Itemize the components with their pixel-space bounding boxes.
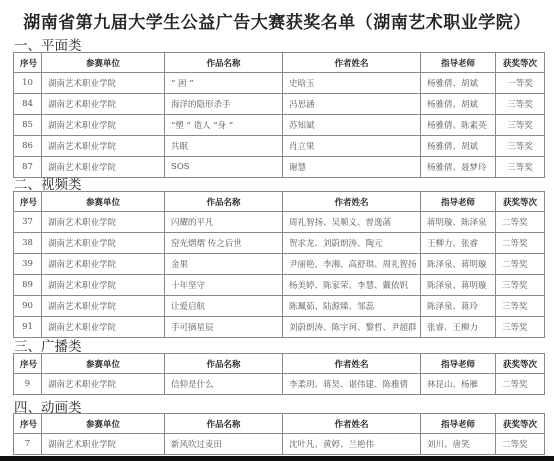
cell-authors: 谢慧 (283, 157, 421, 178)
cell-work: 窑光熠熠 传之后世 (165, 233, 283, 254)
cell-advisors: 蒋明璇、陈泽泉 (421, 212, 496, 233)
cell-award: 二等奖 (496, 212, 545, 233)
table-row: 85 湖南艺术职业学院 “塑 ” 造人 “身 ” 苏知斌 杨雅倩、陈素英 三等奖 (14, 115, 545, 136)
cell-authors: 苏知斌 (283, 115, 421, 136)
cell-authors: 冯思涵 (283, 94, 421, 115)
cell-work: 让爱启航 (165, 296, 283, 317)
cell-advisors: 杨雅倩、胡斌 (421, 94, 496, 115)
cell-authors: 李柔玥、蒋昊、谌伟建、陈雅倩 (283, 374, 421, 395)
cell-advisors: 陈泽泉、蒋玲 (421, 296, 496, 317)
header-authors: 作者姓名 (283, 192, 421, 212)
awards-table-animation: 序号 参赛单位 作品名称 作者姓名 指导老师 获奖等次 7 湖南艺术职业学院 新… (13, 413, 545, 455)
cell-authors: 杨美婷、陈家荣、李慧、戴依钒 (283, 275, 421, 296)
table-row: 89 湖南艺术职业学院 十年坚守 杨美婷、陈家荣、李慧、戴依钒 陈泽泉、蒋明璇 … (14, 275, 545, 296)
cell-unit: 湖南艺术职业学院 (42, 434, 165, 455)
cell-advisors: 王柳力、张睿 (421, 233, 496, 254)
cell-award: 三等奖 (496, 296, 545, 317)
header-work: 作品名称 (165, 354, 283, 374)
cell-no: 86 (14, 136, 42, 157)
cell-advisors: 林昆山、杨雁 (421, 374, 496, 395)
cell-work: SOS (165, 157, 283, 178)
section-title-radio: 三、广播类 (14, 335, 82, 355)
section-title-video: 二、视频类 (14, 173, 82, 193)
table-row: 9 湖南艺术职业学院 信仰是什么 李柔玥、蒋昊、谌伟建、陈雅倩 林昆山、杨雁 二… (14, 374, 545, 395)
table-row: 86 湖南艺术职业学院 共眠 肖立果 杨雅倩、胡斌 三等奖 (14, 136, 545, 157)
cell-no: 89 (14, 275, 42, 296)
cell-authors: 史晗玉 (283, 73, 421, 94)
cell-no: 9 (14, 374, 42, 395)
header-award: 获奖等次 (496, 354, 545, 374)
cell-work: 共眠 (165, 136, 283, 157)
cell-no: 37 (14, 212, 42, 233)
document-title: 湖南省第九届大学生公益广告大赛获奖名单（湖南艺术职业学院） (0, 8, 554, 33)
cell-work: 十年坚守 (165, 275, 283, 296)
cell-unit: 湖南艺术职业学院 (42, 296, 165, 317)
cell-unit: 湖南艺术职业学院 (42, 374, 165, 395)
cell-work: 金果 (165, 254, 283, 275)
header-advisors: 指导老师 (421, 354, 496, 374)
table-header-row: 序号 参赛单位 作品名称 作者姓名 指导老师 获奖等次 (14, 53, 545, 73)
cell-no: 84 (14, 94, 42, 115)
header-unit: 参赛单位 (42, 192, 165, 212)
cell-award: 二等奖 (496, 254, 545, 275)
header-no: 序号 (14, 414, 42, 434)
header-no: 序号 (14, 192, 42, 212)
cell-unit: 湖南艺术职业学院 (42, 94, 165, 115)
header-authors: 作者姓名 (283, 354, 421, 374)
cell-unit: 湖南艺术职业学院 (42, 73, 165, 94)
cell-unit: 湖南艺术职业学院 (42, 275, 165, 296)
cell-award: 二等奖 (496, 233, 545, 254)
table-row: 10 湖南艺术职业学院 “ 困 ” 史晗玉 杨雅倩、胡斌 一等奖 (14, 73, 545, 94)
header-no: 序号 (14, 53, 42, 73)
cell-award: 三等奖 (496, 94, 545, 115)
header-advisors: 指导老师 (421, 414, 496, 434)
cell-advisors: 刘川、唐笑 (421, 434, 496, 455)
header-work: 作品名称 (165, 414, 283, 434)
header-award: 获奖等次 (496, 414, 545, 434)
cell-advisors: 陈泽泉、蒋明璇 (421, 275, 496, 296)
cell-advisors: 杨雅倩、胡斌 (421, 136, 496, 157)
cell-work: “塑 ” 造人 “身 ” (165, 115, 283, 136)
cell-work: 海洋的隐形杀手 (165, 94, 283, 115)
cell-work: “ 困 ” (165, 73, 283, 94)
awards-table-print: 序号 参赛单位 作品名称 作者姓名 指导老师 获奖等次 10 湖南艺术职业学院 … (13, 52, 545, 178)
cell-award: 三等奖 (496, 317, 545, 338)
table-row: 91 湖南艺术职业学院 手可摘星辰 刘蔚朗涛、陈宇珂、黎哲、尹超群 张睿、王柳力… (14, 317, 545, 338)
table-row: 90 湖南艺术职业学院 让爱启航 陈珮茹、陆源臻、邹蕊 陈泽泉、蒋玲 三等奖 (14, 296, 545, 317)
cell-authors: 陈珮茹、陆源臻、邹蕊 (283, 296, 421, 317)
table-row: 7 湖南艺术职业学院 新风吹过麦田 沈叶凡、黄婷、兰艳伟 刘川、唐笑 二等奖 (14, 434, 545, 455)
cell-award: 二等奖 (496, 434, 545, 455)
cell-no: 10 (14, 73, 42, 94)
cell-authors: 尹丽艳、李湘、高舒琪、周礼智扬 (283, 254, 421, 275)
bottom-edge-bar (0, 456, 554, 461)
header-unit: 参赛单位 (42, 53, 165, 73)
cell-work: 新风吹过麦田 (165, 434, 283, 455)
cell-award: 三等奖 (496, 157, 545, 178)
cell-work: 闪耀的平凡 (165, 212, 283, 233)
cell-no: 39 (14, 254, 42, 275)
table-row: 39 湖南艺术职业学院 金果 尹丽艳、李湘、高舒琪、周礼智扬 陈泽泉、蒋明璇 二… (14, 254, 545, 275)
cell-advisors: 张睿、王柳力 (421, 317, 496, 338)
cell-advisors: 杨雅倩、陈素英 (421, 115, 496, 136)
header-unit: 参赛单位 (42, 414, 165, 434)
table-row: 37 湖南艺术职业学院 闪耀的平凡 周礼智扬、吴顺义、曾逸菡 蒋明璇、陈泽泉 二… (14, 212, 545, 233)
awards-table-radio: 序号 参赛单位 作品名称 作者姓名 指导老师 获奖等次 9 湖南艺术职业学院 信… (13, 353, 545, 395)
header-no: 序号 (14, 354, 42, 374)
header-advisors: 指导老师 (421, 53, 496, 73)
cell-authors: 沈叶凡、黄婷、兰艳伟 (283, 434, 421, 455)
table-header-row: 序号 参赛单位 作品名称 作者姓名 指导老师 获奖等次 (14, 354, 545, 374)
cell-no: 90 (14, 296, 42, 317)
cell-authors: 刘蔚朗涛、陈宇珂、黎哲、尹超群 (283, 317, 421, 338)
header-advisors: 指导老师 (421, 192, 496, 212)
cell-unit: 湖南艺术职业学院 (42, 254, 165, 275)
cell-advisors: 杨雅倩、聂梦玲 (421, 157, 496, 178)
header-authors: 作者姓名 (283, 414, 421, 434)
cell-authors: 周礼智扬、吴顺义、曾逸菡 (283, 212, 421, 233)
cell-award: 三等奖 (496, 115, 545, 136)
cell-unit: 湖南艺术职业学院 (42, 212, 165, 233)
cell-no: 7 (14, 434, 42, 455)
section-title-print: 一、平面类 (14, 34, 82, 54)
cell-authors: 肖立果 (283, 136, 421, 157)
cell-advisors: 陈泽泉、蒋明璇 (421, 254, 496, 275)
table-row: 84 湖南艺术职业学院 海洋的隐形杀手 冯思涵 杨雅倩、胡斌 三等奖 (14, 94, 545, 115)
cell-award: 二等奖 (496, 374, 545, 395)
cell-unit: 湖南艺术职业学院 (42, 115, 165, 136)
table-row: 87 湖南艺术职业学院 SOS 谢慧 杨雅倩、聂梦玲 三等奖 (14, 157, 545, 178)
header-award: 获奖等次 (496, 53, 545, 73)
table-header-row: 序号 参赛单位 作品名称 作者姓名 指导老师 获奖等次 (14, 414, 545, 434)
cell-advisors: 杨雅倩、胡斌 (421, 73, 496, 94)
header-authors: 作者姓名 (283, 53, 421, 73)
header-unit: 参赛单位 (42, 354, 165, 374)
header-work: 作品名称 (165, 53, 283, 73)
table-row: 38 湖南艺术职业学院 窑光熠熠 传之后世 贺求龙、刘蔚朗涛、陶元 王柳力、张睿… (14, 233, 545, 254)
header-work: 作品名称 (165, 192, 283, 212)
cell-award: 三等奖 (496, 136, 545, 157)
cell-no: 38 (14, 233, 42, 254)
cell-unit: 湖南艺术职业学院 (42, 136, 165, 157)
cell-work: 信仰是什么 (165, 374, 283, 395)
cell-no: 85 (14, 115, 42, 136)
cell-work: 手可摘星辰 (165, 317, 283, 338)
cell-unit: 湖南艺术职业学院 (42, 233, 165, 254)
cell-authors: 贺求龙、刘蔚朗涛、陶元 (283, 233, 421, 254)
header-award: 获奖等次 (496, 192, 545, 212)
table-header-row: 序号 参赛单位 作品名称 作者姓名 指导老师 获奖等次 (14, 192, 545, 212)
cell-award: 三等奖 (496, 275, 545, 296)
awards-table-video: 序号 参赛单位 作品名称 作者姓名 指导老师 获奖等次 37 湖南艺术职业学院 … (13, 191, 545, 338)
cell-award: 一等奖 (496, 73, 545, 94)
